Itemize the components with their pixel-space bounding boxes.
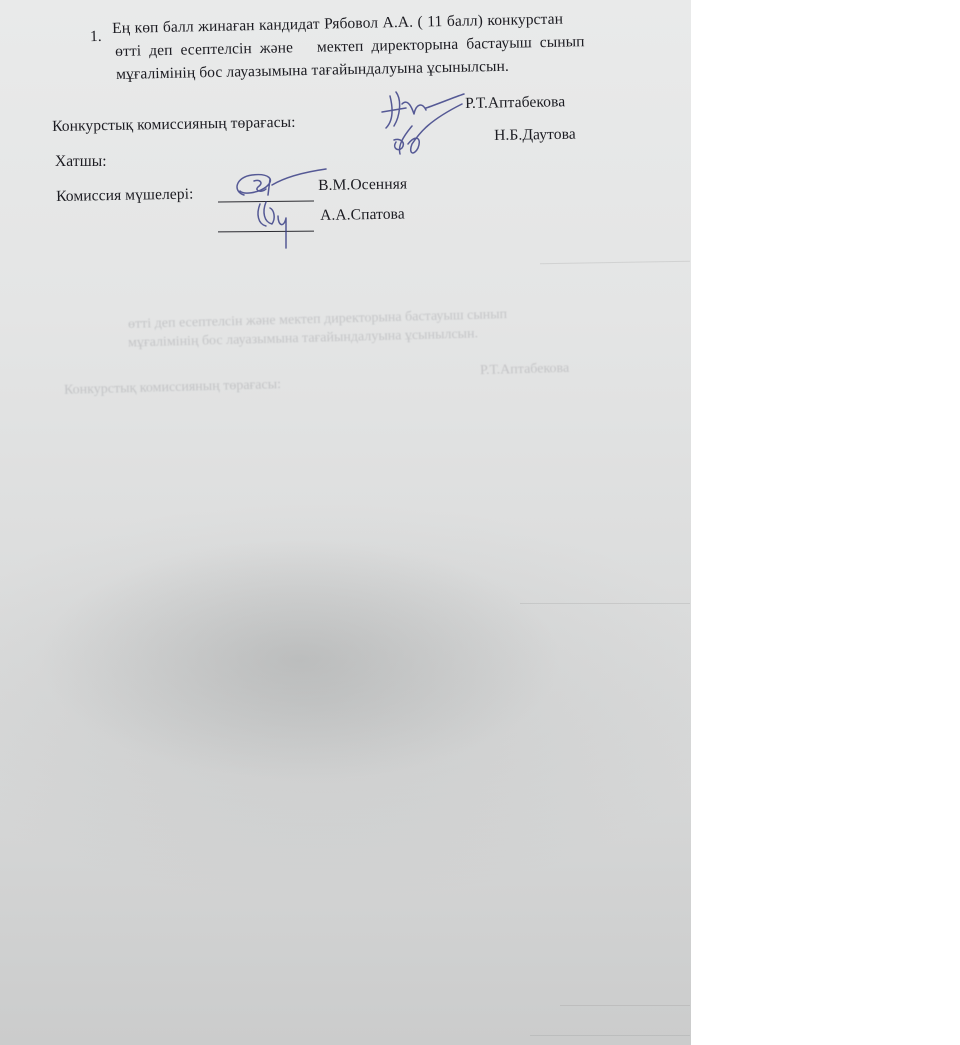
bleed-through-line-4: Конкурстық комиссияның төрағасы: — [64, 377, 281, 399]
chair-name: Р.Т.Аптабекова — [465, 93, 565, 113]
secretary-name: Н.Б.Даутова — [494, 126, 576, 145]
secretary-label: Хатшы: — [55, 153, 107, 171]
paper-streak — [540, 261, 690, 265]
paper-streak — [530, 1035, 690, 1036]
resolution-line-3: мұғалімінің бос лауазымына тағайындалуын… — [116, 58, 509, 84]
chair-label: Конкурстық комиссияның төрағасы: — [52, 114, 296, 136]
member-1-name: В.М.Осенняя — [318, 175, 407, 195]
scanned-document-page: 1. Ең көп балл жинаған кандидат Рябовол … — [0, 0, 691, 1045]
member-2-signature — [252, 196, 322, 256]
member-2-name: А.А.Спатова — [320, 206, 405, 225]
bleed-through-line-3: Р.Т.Аптабекова — [480, 361, 570, 379]
resolution-item-number: 1. — [90, 28, 102, 46]
resolution-line-2: өтті деп есептелсін және мектеп директор… — [115, 33, 585, 61]
paper-streak — [520, 603, 690, 604]
paper-streak — [560, 1005, 690, 1006]
resolution-line-1: Ең көп балл жинаған кандидат Рябовол А.А… — [112, 11, 563, 38]
members-label: Комиссия мүшелері: — [56, 186, 194, 206]
